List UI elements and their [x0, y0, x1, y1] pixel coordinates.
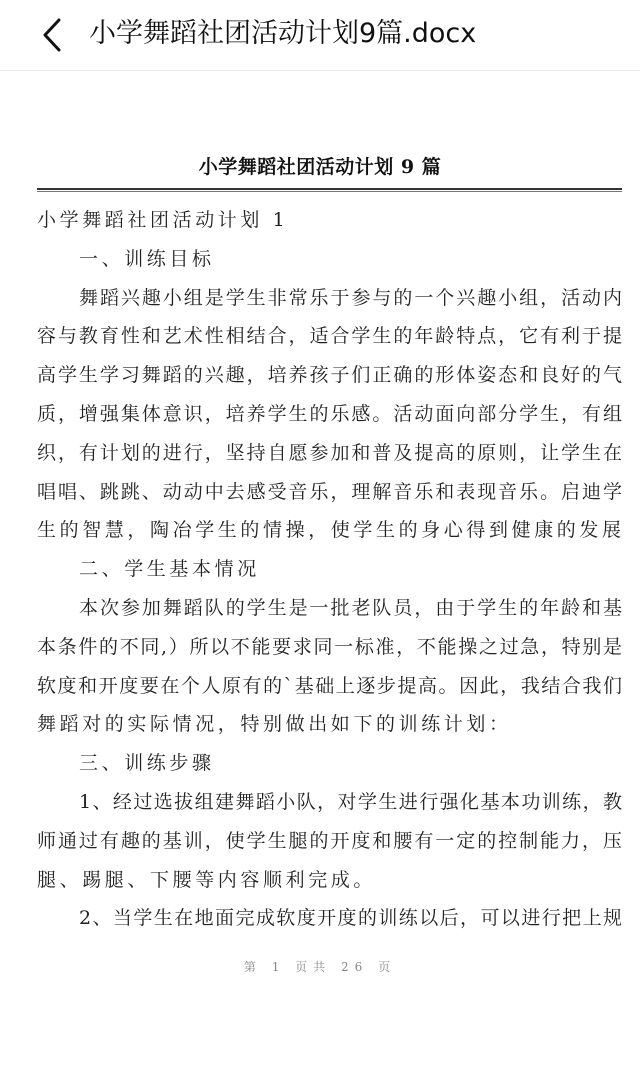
document-line: 织，有计划的进行，坚持自愿参加和普及提高的原则，让学生在: [37, 434, 622, 473]
document-line: 小学舞蹈社团活动计划 1: [37, 201, 622, 240]
top-app-bar: 小学舞蹈社团活动计划9篇.docx: [0, 0, 640, 71]
title-divider: [37, 188, 622, 192]
document-line: 舞蹈对的实际情况，特别做出如下的训练计划：: [37, 705, 622, 744]
document-line: 腿、踢腿、下腰等内容顺利完成。: [37, 861, 622, 900]
document-line: 二、学生基本情况: [37, 550, 622, 589]
document-line: 本次参加舞蹈队的学生是一批老队员，由于学生的年龄和基: [37, 589, 622, 628]
document-line: 质，增强集体意识，培养学生的乐感。活动面向部分学生，有组: [37, 395, 622, 434]
chevron-left-icon: [41, 17, 63, 53]
document-line: 生的智慧，陶冶学生的情操，使学生的身心得到健康的发展。: [37, 511, 622, 550]
document-line: 本条件的不同,）所以不能要求同一标准，不能操之过急，特别是: [37, 628, 622, 667]
document-line: 唱唱、跳跳、动动中去感受音乐，理解音乐和表现音乐。启迪学: [37, 473, 622, 512]
document-line: 1、经过选拔组建舞蹈小队，对学生进行强化基本功训练，教: [37, 783, 622, 822]
document-body: 小学舞蹈社团活动计划 1一、训练目标舞蹈兴趣小组是学生非常乐于参与的一个兴趣小组…: [37, 201, 622, 938]
document-line: 师通过有趣的基训，使学生腿的开度和腰有一定的控制能力，压: [37, 822, 622, 861]
page-number-footer: 第 1 页共 26 页: [0, 958, 640, 975]
document-line: 一、训练目标: [37, 240, 622, 279]
document-line: 2、当学生在地面完成软度开度的训练以后，可以进行把上规: [37, 899, 622, 938]
document-page[interactable]: 小学舞蹈社团活动计划 9 篇 小学舞蹈社团活动计划 1一、训练目标舞蹈兴趣小组是…: [0, 71, 640, 1080]
document-line: 软度和开度要在个人原有的`基础上逐步提高。因此，我结合我们: [37, 667, 622, 706]
document-line: 舞蹈兴趣小组是学生非常乐于参与的一个兴趣小组，活动内: [37, 279, 622, 318]
back-button[interactable]: [34, 17, 70, 53]
document-line: 三、训练步骤: [37, 744, 622, 783]
document-line: 高学生学习舞蹈的兴趣，培养孩子们正确的形体姿态和良好的气: [37, 356, 622, 395]
document-file-name: 小学舞蹈社团活动计划9篇.docx: [89, 16, 476, 52]
document-title: 小学舞蹈社团活动计划 9 篇: [0, 154, 640, 180]
document-line: 容与教育性和艺术性相结合，适合学生的年龄特点，它有利于提: [37, 317, 622, 356]
